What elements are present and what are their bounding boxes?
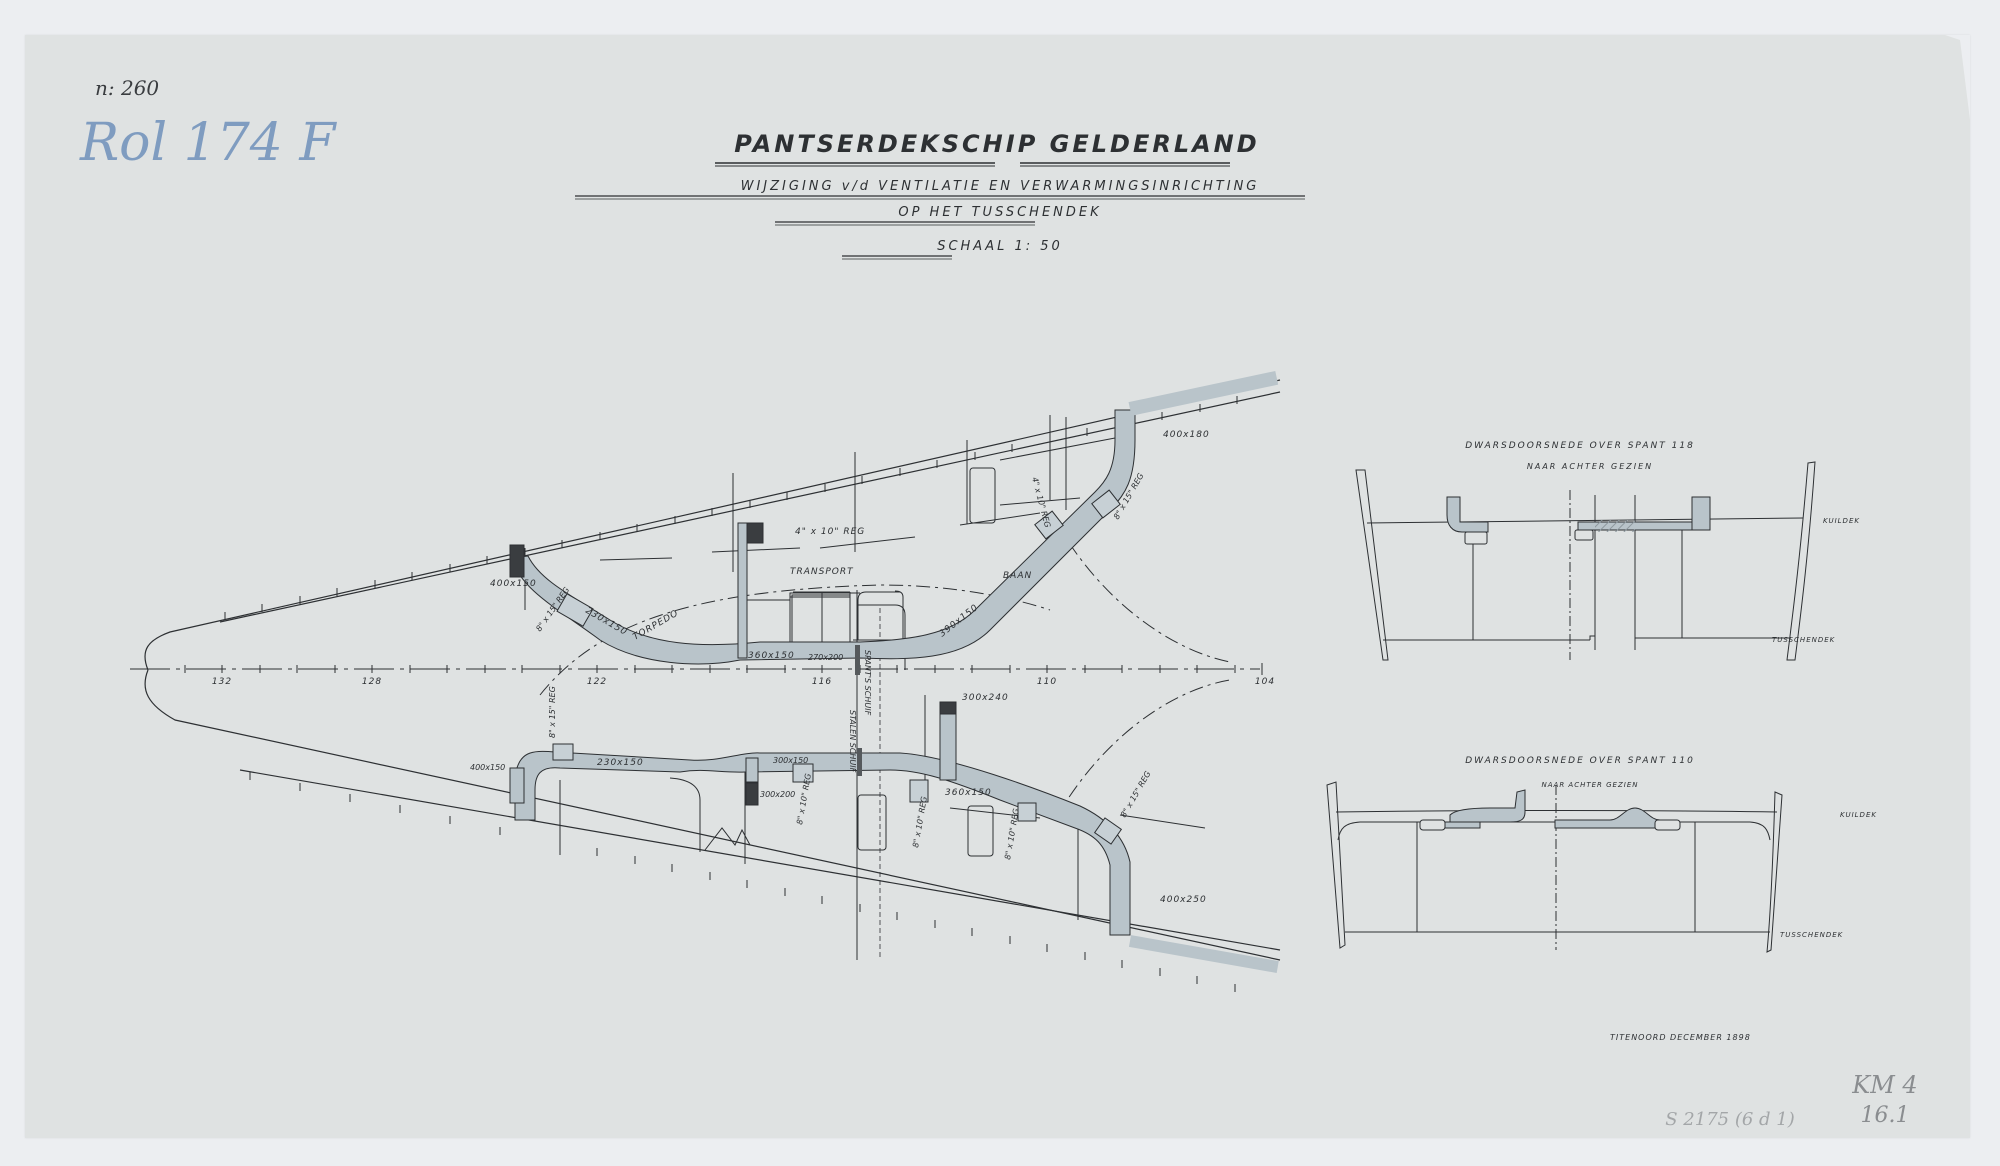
svg-text:TUSSCHENDEK: TUSSCHENDEK <box>1772 636 1836 644</box>
lower-duct-labels: 400x150 8" x 15" REG 230x150 300x150 300… <box>470 686 1207 905</box>
section-118-title: DWARSDOORSNEDE OVER SPANT 118 <box>1465 441 1695 451</box>
technical-drawing: n: 260 Rol 174 F PANTSERDEKSCHIP GELDERL… <box>0 0 2000 1166</box>
svg-text:400x150: 400x150 <box>490 579 537 589</box>
section-118-subtitle: NAAR ACHTER GEZIEN <box>1527 462 1653 471</box>
svg-text:8" x 10" REG: 8" x 10" REG <box>911 796 929 849</box>
svg-text:400x180: 400x180 <box>1163 430 1210 440</box>
svg-text:122: 122 <box>587 677 607 687</box>
svg-text:270x200: 270x200 <box>808 653 843 662</box>
svg-text:360x150: 360x150 <box>945 788 992 798</box>
svg-text:400x150: 400x150 <box>470 763 505 772</box>
title-block: PANTSERDEKSCHIP GELDERLAND WIJZIGING v/d… <box>575 130 1305 259</box>
plan-view <box>130 380 1280 992</box>
frame-numbers: 132 128 122 116 110 104 <box>212 677 1275 687</box>
svg-text:132: 132 <box>212 677 232 687</box>
svg-text:TUSSCHENDEK: TUSSCHENDEK <box>1780 931 1844 939</box>
svg-text:8" x 10" REG: 8" x 10" REG <box>1003 808 1021 861</box>
svg-text:KUILDEK: KUILDEK <box>1823 517 1860 525</box>
vertical-label-2: STALEN SCHUIF <box>848 710 857 773</box>
svg-text:128: 128 <box>362 677 382 687</box>
svg-text:300x200: 300x200 <box>760 790 795 799</box>
svg-text:300x240: 300x240 <box>962 693 1009 703</box>
collection-mark-1: KM 4 <box>1851 1071 1917 1099</box>
svg-text:104: 104 <box>1255 677 1275 687</box>
svg-text:8" x 15" REG: 8" x 15" REG <box>1119 770 1153 819</box>
vertical-label-1: SPANT'S SCHUIF <box>863 650 872 716</box>
svg-text:KUILDEK: KUILDEK <box>1840 811 1877 819</box>
torpedo-label: TORPEDO <box>632 608 681 642</box>
torn-corner <box>1945 35 1970 120</box>
lower-ventilation-duct <box>510 702 1279 973</box>
svg-text:360x150: 360x150 <box>748 651 795 661</box>
section-110: DWARSDOORSNEDE OVER SPANT 110 NAAR ACHTE… <box>1327 756 1877 952</box>
scale-label: SCHAAL 1: 50 <box>937 239 1063 254</box>
svg-text:230x150: 230x150 <box>597 758 644 768</box>
svg-text:300x150: 300x150 <box>773 756 808 765</box>
section-110-title: DWARSDOORSNEDE OVER SPANT 110 <box>1465 756 1695 766</box>
section-118: DWARSDOORSNEDE OVER SPANT 118 NAAR ACHTE… <box>1356 441 1860 660</box>
baan-label: BAAN <box>1003 571 1032 581</box>
inventory-code: S 2175 (6 d 1) <box>1665 1109 1795 1130</box>
subtitle-line-2: OP HET TUSSCHENDEK <box>898 205 1101 220</box>
drawing-title: PANTSERDEKSCHIP GELDERLAND <box>734 130 1259 158</box>
svg-text:110: 110 <box>1037 677 1057 687</box>
svg-text:400x250: 400x250 <box>1160 895 1207 905</box>
roll-reference: Rol 174 F <box>79 113 337 173</box>
transport-label: TRANSPORT <box>790 567 854 577</box>
drawing-signature: TITENOORD DECEMBER 1898 <box>1610 1033 1751 1042</box>
collection-mark-2: 16.1 <box>1861 1103 1910 1128</box>
svg-text:4" x 10" REG: 4" x 10" REG <box>795 527 865 537</box>
svg-text:116: 116 <box>812 677 832 687</box>
subtitle-line-1: WIJZIGING v/d VENTILATIE EN VERWARMINGSI… <box>741 179 1260 194</box>
svg-text:8" x 15" REG: 8" x 15" REG <box>548 686 557 738</box>
archive-number: n: 260 <box>95 76 159 100</box>
